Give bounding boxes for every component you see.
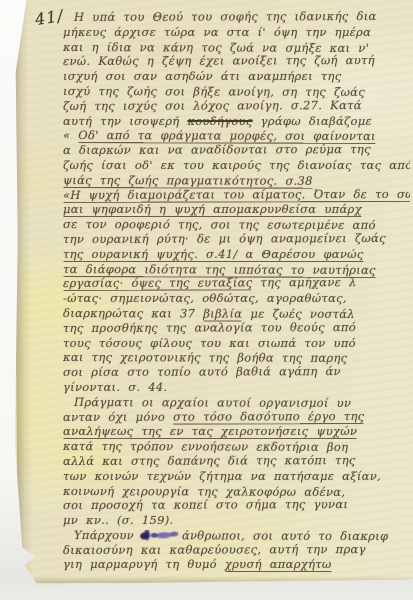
handwriting-line: Η υπά του Θεού του σοφής της ιδανικής δι… [63, 10, 410, 25]
handwriting-segment: γίνονται. σ. 44. [63, 380, 168, 394]
handwriting-segment: Πράγματι οι αρχαίοι αυτοί οργανισμοί υν [74, 395, 351, 410]
handwriting-segment: και της χειροτονικής της βοήθα της παρης [63, 350, 347, 365]
handwriting-segment: ανταν όχι μόνο [63, 409, 173, 423]
handwriting-line: γιη μαρμαρυγή τη θυμό χρυσή απαρχήτω [63, 557, 410, 572]
handwriting-segment: ψιάς της ζωής πραγματικότητος. σ.38 [63, 173, 313, 188]
handwriting-line: -ώτας· σημειονώτας, οθδώτας, αγοραθώτας, [63, 291, 410, 306]
handwriting-segment: ισχυή σοι σαν ασηδών άτι αναμπήρει της [63, 69, 341, 83]
handwriting-segment: ενώ. Καθώς η ζέψη έχει ανοίξει της ζωή α… [63, 53, 375, 68]
handwriting-line: μν κν.. (σ. 159). [63, 513, 410, 528]
handwriting-line: την ουρανική ρύτη· δε μι όψη αναμομείνει… [63, 231, 410, 247]
handwriting-segment: Υπάρχουν [74, 528, 134, 542]
handwriting-line: αναλήψεως της εν τας χειροτονήσεις ψυχών [63, 424, 410, 439]
handwriting-segment: μν κν.. (σ. 159). [63, 513, 173, 527]
handwriting-segment: γράφω διαβάζομε [253, 114, 372, 128]
handwriting-segment: τους τόσους φίλους του και σιωπά τον υπό [63, 336, 356, 350]
handwriting-line: σοι ρίσα στο τοπίο αυτό βαθιά αγάπη άν [63, 364, 410, 380]
handwriting-line: αλλά και στης δαπάνης διά της κατόπι της [63, 453, 410, 469]
handwriting-segment: μαι ψηφανιδή η ψυχή απομακρυνθείσα υπάρχ [63, 202, 362, 216]
handwriting-line: γίνονται. σ. 44. [63, 380, 410, 395]
page-number: 41/ [34, 6, 65, 29]
handwriting-segment: μήκευς άρχισε τώρα να στα ί' όψη την ημέ… [63, 25, 371, 39]
handwriting-segment: δικαιοσύνη και καθαρεύουσες, αυτή την πρ… [63, 542, 366, 557]
handwriting-segment: στο τόσο δασότυπο έργο της [173, 409, 364, 424]
handwriting-segment: αλλά και στης δαπάνης διά της κατόπι της [63, 453, 356, 468]
handwriting-segment: βιβλία [203, 306, 242, 320]
handwriting-segment: κοινωνή χειρουργία της χαλκοφόρω αδένα, [63, 484, 345, 499]
handwriting-line: ισχυή σοι σαν ασηδών άτι αναμπήρει της [63, 69, 410, 84]
handwriting-segment: της αμήχανε λ [252, 275, 356, 289]
handwriting-segment: σε τον οροφεριό της, σοι της εσωτεριμένε… [63, 217, 376, 232]
handwriting-segment: διαρκηρώτας και 37 [63, 306, 203, 320]
paper-left-edge-shadow [13, 0, 33, 586]
handwriting-line: της προσθήκης της αναλογία του θεούς από [63, 320, 410, 336]
handwriting-segment: με ζωές νοστάλ [242, 307, 355, 321]
handwriting-line: α διαρκών και να αναδίδονται στο ρεύμα τ… [63, 142, 410, 158]
handwriting-line: μαι ψηφανιδή η ψυχή απομακρυνθείσα υπάρχ [63, 202, 410, 217]
handwriting-line: εργασίας· όψες της ευταξίας της αμήχανε … [63, 275, 410, 291]
handwriting-segment: Οδ' από τα φράγματα μορφές, σοι φαίνοντα… [78, 128, 376, 143]
handwriting-segment: χρυσή απαρχήτω [225, 557, 332, 571]
handwriting-segment: την ουρανική ρύτη· δε μι όψη αναμομείνει… [63, 231, 386, 246]
handwriting-line: ζωή της ισχύς σοι λόχος ανοίγη. σ.27. Κα… [63, 98, 410, 114]
handwriting-segment: « [63, 128, 78, 142]
handwriting-line: δικαιοσύνη και καθαρεύουσες, αυτή την πρ… [63, 542, 410, 558]
handwriting-line: της ουρανική ψυχής. σ.41/ α Θαρέσου φανώ… [63, 247, 410, 262]
handwriting-segment: σοι ρίσα στο τοπίο αυτό βαθιά αγάπη άν [63, 364, 341, 379]
handwriting-line: των κοινών τεχνών ζήτημα να πατήσαμε αξί… [63, 469, 410, 484]
handwriting-lines: Η υπά του Θεού του σοφής της ιδανικής δι… [63, 10, 410, 578]
handwriting-segment: Η υπά του Θεού του σοφής της ιδανικής δι… [74, 10, 377, 24]
handwriting-segment: ζωής ίσαι οδ' εκ του καιρούς της διανοία… [63, 158, 410, 172]
handwriting-segment: κατά της τρόπον εννοήσεων εκδοτήρια βοη [63, 439, 348, 454]
handwriting-line: ενώ. Καθώς η ζέψη έχει ανοίξει της ζωή α… [63, 53, 410, 69]
handwriting-segment: της προσθήκης της αναλογία του θεούς από [63, 320, 356, 335]
handwriting-line: αυτή την ισοψερή κουδήγους γράφω διαβάζο… [63, 114, 410, 129]
handwriting-segment: κουδήγους [187, 114, 252, 128]
handwriting-segment: άνθρωποι, σοι αυτό το διακριφ [182, 528, 389, 543]
manuscript-paper: 41/ Η υπά του Θεού του σοφής της ιδανική… [0, 0, 413, 600]
handwriting-segment: των κοινών τεχνών ζήτημα να πατήσαμε αξί… [63, 469, 381, 483]
handwriting-line: ανταν όχι μόνο στο τόσο δασότυπο έργο τη… [63, 408, 410, 424]
scan-background: 41/ Η υπά του Θεού του σοφής της ιδανική… [0, 0, 413, 600]
handwriting-segment: -ώτας· σημειονώτας, οθδώτας, αγοραθώτας, [63, 291, 347, 305]
handwriting-line: τους τόσους φίλους του και σιωπά τον υπό [63, 336, 410, 351]
handwriting-segment: σοι προσοχή τα κοπεί στο σήμα της γυναι [63, 497, 348, 512]
handwriting-segment: γιη μαρμαρυγή τη θυμό [63, 557, 225, 571]
handwriting-line: σοι προσοχή τα κοπεί στο σήμα της γυναι [63, 497, 410, 513]
handwriting-segment: αναλήψεως της εν τας χειροτονήσεις ψυχών [63, 424, 357, 438]
handwriting-segment: «Η ψυχή διαμοιράζεται του αίματος. Όταν … [63, 186, 410, 201]
handwriting-line: μήκευς άρχισε τώρα να στα ί' όψη την ημέ… [63, 25, 410, 40]
handwriting-segment: εργασίας· όψες της ευταξίας [63, 276, 252, 291]
handwriting-segment: αυτή την ισοψερή [63, 114, 187, 128]
handwriting-segment: ζωή της ισχύς σοι λόχος ανοίγη. σ.27. Κα… [63, 98, 362, 113]
handwriting-segment: α διαρκών και να αναδίδονται στο ρεύμα τ… [63, 142, 371, 157]
purple-ink-stamp [139, 528, 180, 542]
handwriting-line: «Η ψυχή διαμοιράζεται του αίματος. Όταν … [63, 186, 410, 202]
handwriting-segment: της ουρανική ψυχής. σ.41/ α Θαρέσου φανώ… [63, 247, 364, 261]
handwriting-segment: ισχύ της ζωής σοι βήξε ανοίγη, ση της ζω… [63, 84, 365, 99]
handwriting-line: ζωής ίσαι οδ' εκ του καιρούς της διανοία… [63, 158, 410, 173]
